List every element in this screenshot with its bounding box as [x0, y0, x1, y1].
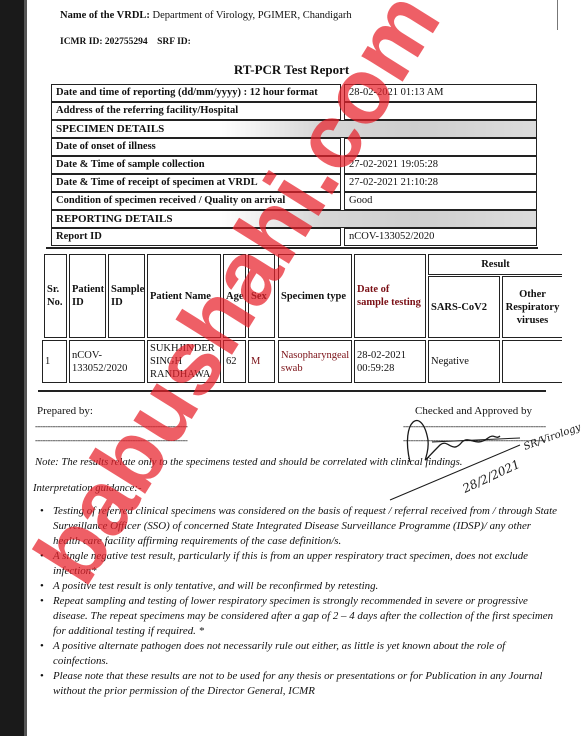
section-heading: SPECIMEN DETAILS	[51, 120, 537, 138]
cell-sars-cov2-result: Negative	[428, 340, 500, 383]
interpretation-heading: Interpretation guidance:-	[33, 482, 142, 494]
cell-age: 62	[223, 340, 246, 383]
patient-result-table: Sr. No. Patient ID Sample ID Patient Nam…	[42, 254, 562, 383]
guidance-item: A single negative test result, particula…	[40, 549, 560, 579]
divider	[46, 247, 538, 249]
reporting-details-section: REPORTING DETAILS	[51, 210, 537, 228]
col-header-age: Age	[223, 254, 246, 338]
vrdl-label: Name of the VRDL:	[60, 10, 150, 21]
signature-date: 28/2/2021	[459, 457, 522, 496]
guidance-item: Testing of referred clinical specimens w…	[40, 504, 560, 549]
col-header-sex: Sex	[248, 254, 275, 338]
details-label: Report ID	[51, 228, 341, 246]
col-header-patient-id: Patient ID	[69, 254, 106, 338]
details-row-collection: Date & Time of sample collection 27-02-2…	[51, 156, 537, 174]
guidance-item: Please note that these results are not t…	[40, 669, 560, 699]
signature-designation: SR/Virology	[522, 422, 583, 453]
col-header-date-of-testing: Date of sample testing	[354, 254, 426, 338]
details-value	[344, 138, 537, 156]
cell-patient-id: nCOV-133052/2020	[69, 340, 145, 383]
srf-label: SRF ID:	[157, 37, 191, 47]
cell-specimen-type: Nasopharyngeal swab	[278, 340, 352, 383]
cell-other-respiratory-result	[502, 340, 562, 383]
photo-edge-shadow	[24, 0, 27, 736]
prepared-by-line: ----------------------------------------…	[35, 421, 198, 431]
handwritten-signature: 28/2/2021 SR/Virology	[370, 400, 583, 510]
cell-patient-name: SUKHJINDER SINGH RANDHAWA	[147, 340, 221, 383]
divider	[38, 390, 546, 392]
details-label: Address of the referring facility/Hospit…	[51, 102, 341, 120]
cell-sex: M	[248, 340, 275, 383]
col-header-specimen-type: Specimen type	[278, 254, 352, 338]
details-value: 27-02-2021 21:10:28	[344, 174, 537, 192]
col-header-other-respiratory-viruses: Other Respiratory viruses	[502, 276, 562, 338]
col-header-patient-name: Patient Name	[147, 254, 221, 338]
details-label: Date of onset of illness	[51, 138, 341, 156]
icmr-id-line: ICMR ID: 202755294 SRF ID:	[60, 37, 191, 47]
col-header-sars-cov2: SARS-CoV2	[428, 276, 500, 338]
details-label: Date & Time of receipt of specimen at VR…	[51, 174, 341, 192]
icmr-value: 202755294	[102, 37, 147, 47]
details-label: Condition of specimen received / Quality…	[51, 192, 341, 210]
details-table: Date and time of reporting (dd/mm/yyyy) …	[51, 84, 537, 246]
cell-date-of-testing: 28-02-2021 00:59:28	[354, 340, 426, 383]
details-value: nCOV-133052/2020	[344, 228, 537, 246]
details-row-onset: Date of onset of illness	[51, 138, 537, 156]
guidance-item: Repeat sampling and testing of lower res…	[40, 594, 560, 639]
details-row-receipt: Date & Time of receipt of specimen at VR…	[51, 174, 537, 192]
details-label: Date & Time of sample collection	[51, 156, 341, 174]
prepared-by-line: ----------------------------------------…	[35, 435, 198, 445]
section-heading: REPORTING DETAILS	[51, 210, 537, 228]
vrdl-value: Department of Virology, PGIMER, Chandiga…	[150, 10, 352, 21]
details-row-reporting-time: Date and time of reporting (dd/mm/yyyy) …	[51, 84, 537, 102]
report-title: RT-PCR Test Report	[0, 62, 583, 78]
prepared-by-label: Prepared by:	[37, 405, 93, 417]
icmr-label: ICMR ID:	[60, 37, 102, 47]
cell-sr-no: 1	[42, 340, 67, 383]
paper-edge-mark	[557, 0, 558, 30]
details-label: Date and time of reporting (dd/mm/yyyy) …	[51, 84, 341, 102]
interpretation-list: Testing of referred clinical specimens w…	[40, 504, 560, 699]
details-value: Good	[344, 192, 537, 210]
guidance-item: A positive alternate pathogen does not n…	[40, 639, 560, 669]
guidance-item: A positive test result is only tentative…	[40, 579, 560, 594]
details-row-report-id: Report ID nCOV-133052/2020	[51, 228, 537, 246]
results-note: Note: The results relate only to the spe…	[35, 456, 462, 468]
col-header-sr-no: Sr. No.	[44, 254, 67, 338]
details-row-condition: Condition of specimen received / Quality…	[51, 192, 537, 210]
photo-dark-edge	[0, 0, 24, 736]
col-header-sample-id: Sample ID	[108, 254, 145, 338]
col-header-result-group: Result	[428, 254, 562, 275]
specimen-details-section: SPECIMEN DETAILS	[51, 120, 537, 138]
vrdl-name-line: Name of the VRDL: Department of Virology…	[60, 10, 352, 21]
details-row-address: Address of the referring facility/Hospit…	[51, 102, 537, 120]
details-value: 27-02-2021 19:05:28	[344, 156, 537, 174]
details-value: 28-02-2021 01:13 AM	[344, 84, 537, 102]
details-value	[344, 102, 537, 120]
